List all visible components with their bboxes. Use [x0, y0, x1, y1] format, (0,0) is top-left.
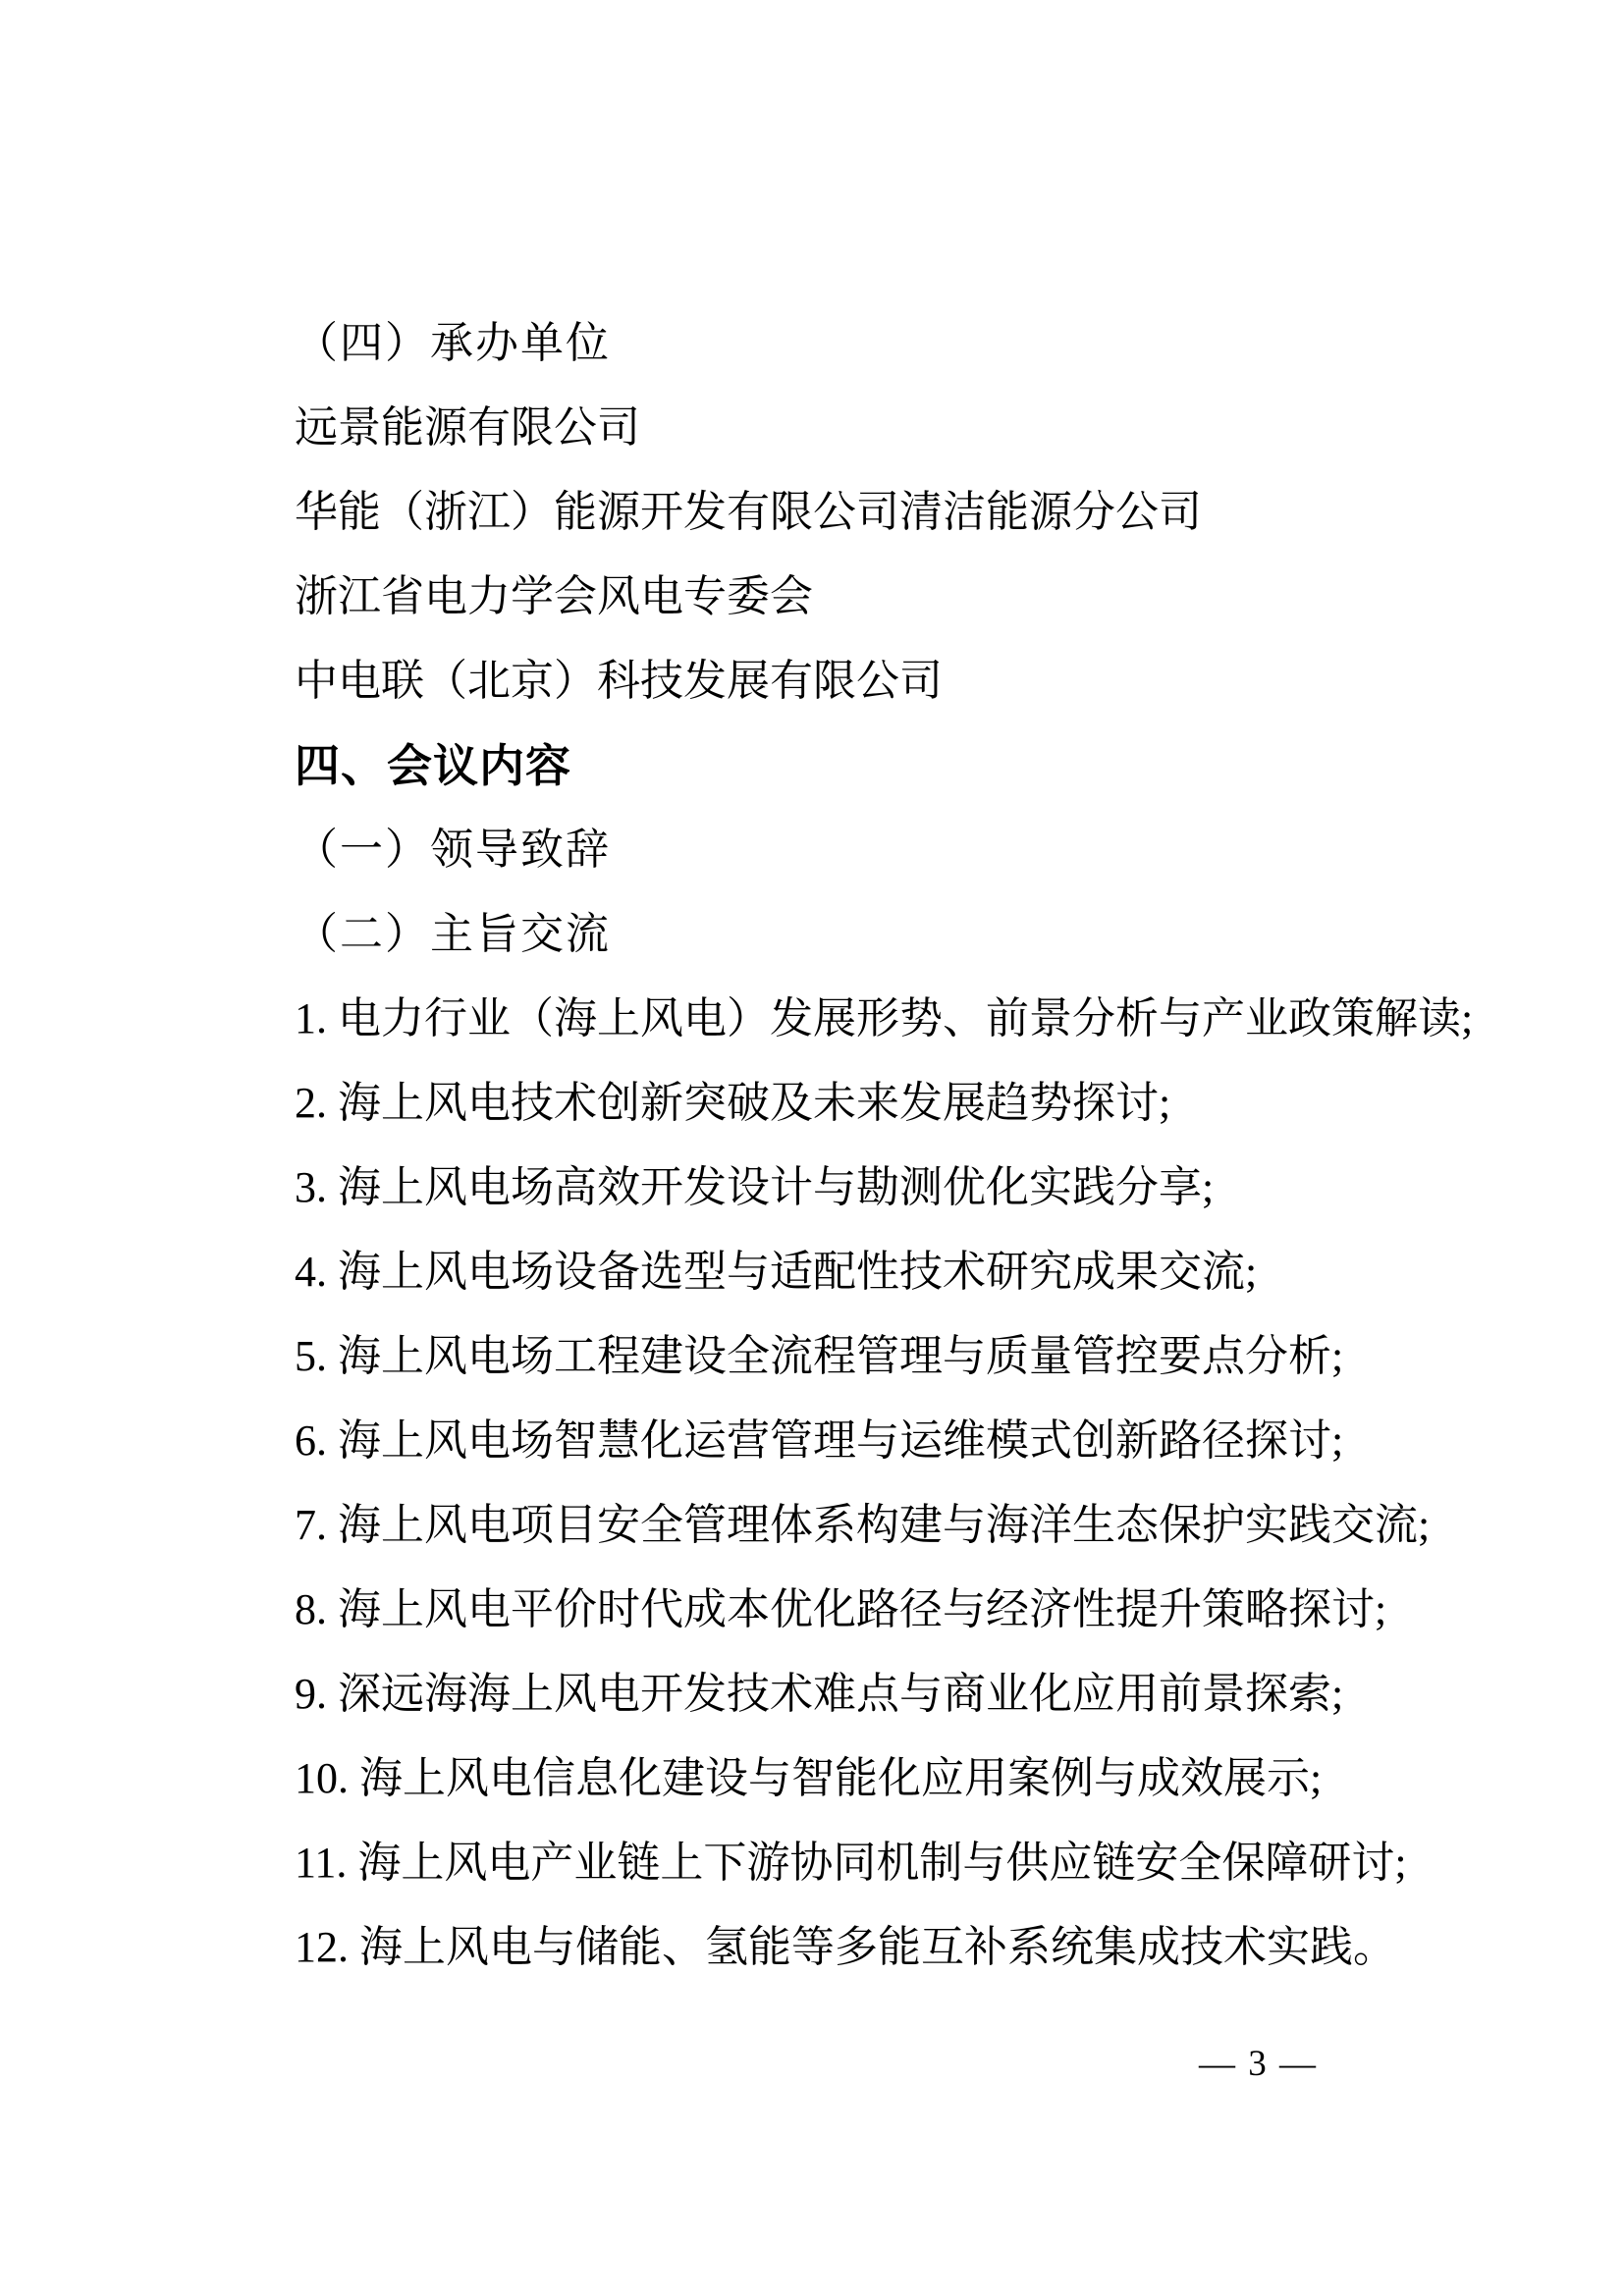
agenda-item: 1. 电力行业（海上风电）发展形势、前景分析与产业政策解读;	[208, 977, 1388, 1061]
agenda-item: 3. 海上风电场高效开发设计与勘测优化实践分享;	[208, 1146, 1388, 1230]
organizer-name: 华能（浙江）能源开发有限公司清洁能源分公司	[208, 470, 1388, 555]
organizer-name: 中电联（北京）科技发展有限公司	[208, 639, 1388, 723]
organizer-name: 浙江省电力学会风电专委会	[208, 555, 1388, 639]
subsection-heading-leader-speech: （一）领导致辞	[208, 808, 1388, 892]
agenda-item: 12. 海上风电与储能、氢能等多能互补系统集成技术实践。	[208, 1905, 1388, 1990]
agenda-item: 4. 海上风电场设备选型与适配性技术研究成果交流;	[208, 1230, 1388, 1314]
subsection-heading-keynote-exchange: （二）主旨交流	[208, 892, 1388, 977]
document-page: （四）承办单位 远景能源有限公司 华能（浙江）能源开发有限公司清洁能源分公司 浙…	[0, 0, 1624, 2296]
host-section-heading: （四）承办单位	[208, 301, 1388, 386]
agenda-item: 2. 海上风电技术创新突破及未来发展趋势探讨;	[208, 1061, 1388, 1146]
agenda-item: 5. 海上风电场工程建设全流程管理与质量管控要点分析;	[208, 1314, 1388, 1399]
chapter-heading-meeting-content: 四、会议内容	[208, 723, 1388, 808]
document-body: （四）承办单位 远景能源有限公司 华能（浙江）能源开发有限公司清洁能源分公司 浙…	[208, 301, 1388, 1990]
agenda-item: 11. 海上风电产业链上下游协同机制与供应链安全保障研讨;	[208, 1821, 1388, 1905]
agenda-item: 10. 海上风电信息化建设与智能化应用案例与成效展示;	[208, 1736, 1388, 1821]
agenda-item: 8. 海上风电平价时代成本优化路径与经济性提升策略探讨;	[208, 1568, 1388, 1652]
agenda-item: 6. 海上风电场智慧化运营管理与运维模式创新路径探讨;	[208, 1399, 1388, 1483]
organizer-name: 远景能源有限公司	[208, 386, 1388, 470]
page-number: — 3 —	[1199, 2045, 1318, 2084]
agenda-item: 7. 海上风电项目安全管理体系构建与海洋生态保护实践交流;	[208, 1483, 1388, 1568]
agenda-item: 9. 深远海海上风电开发技术难点与商业化应用前景探索;	[208, 1652, 1388, 1736]
